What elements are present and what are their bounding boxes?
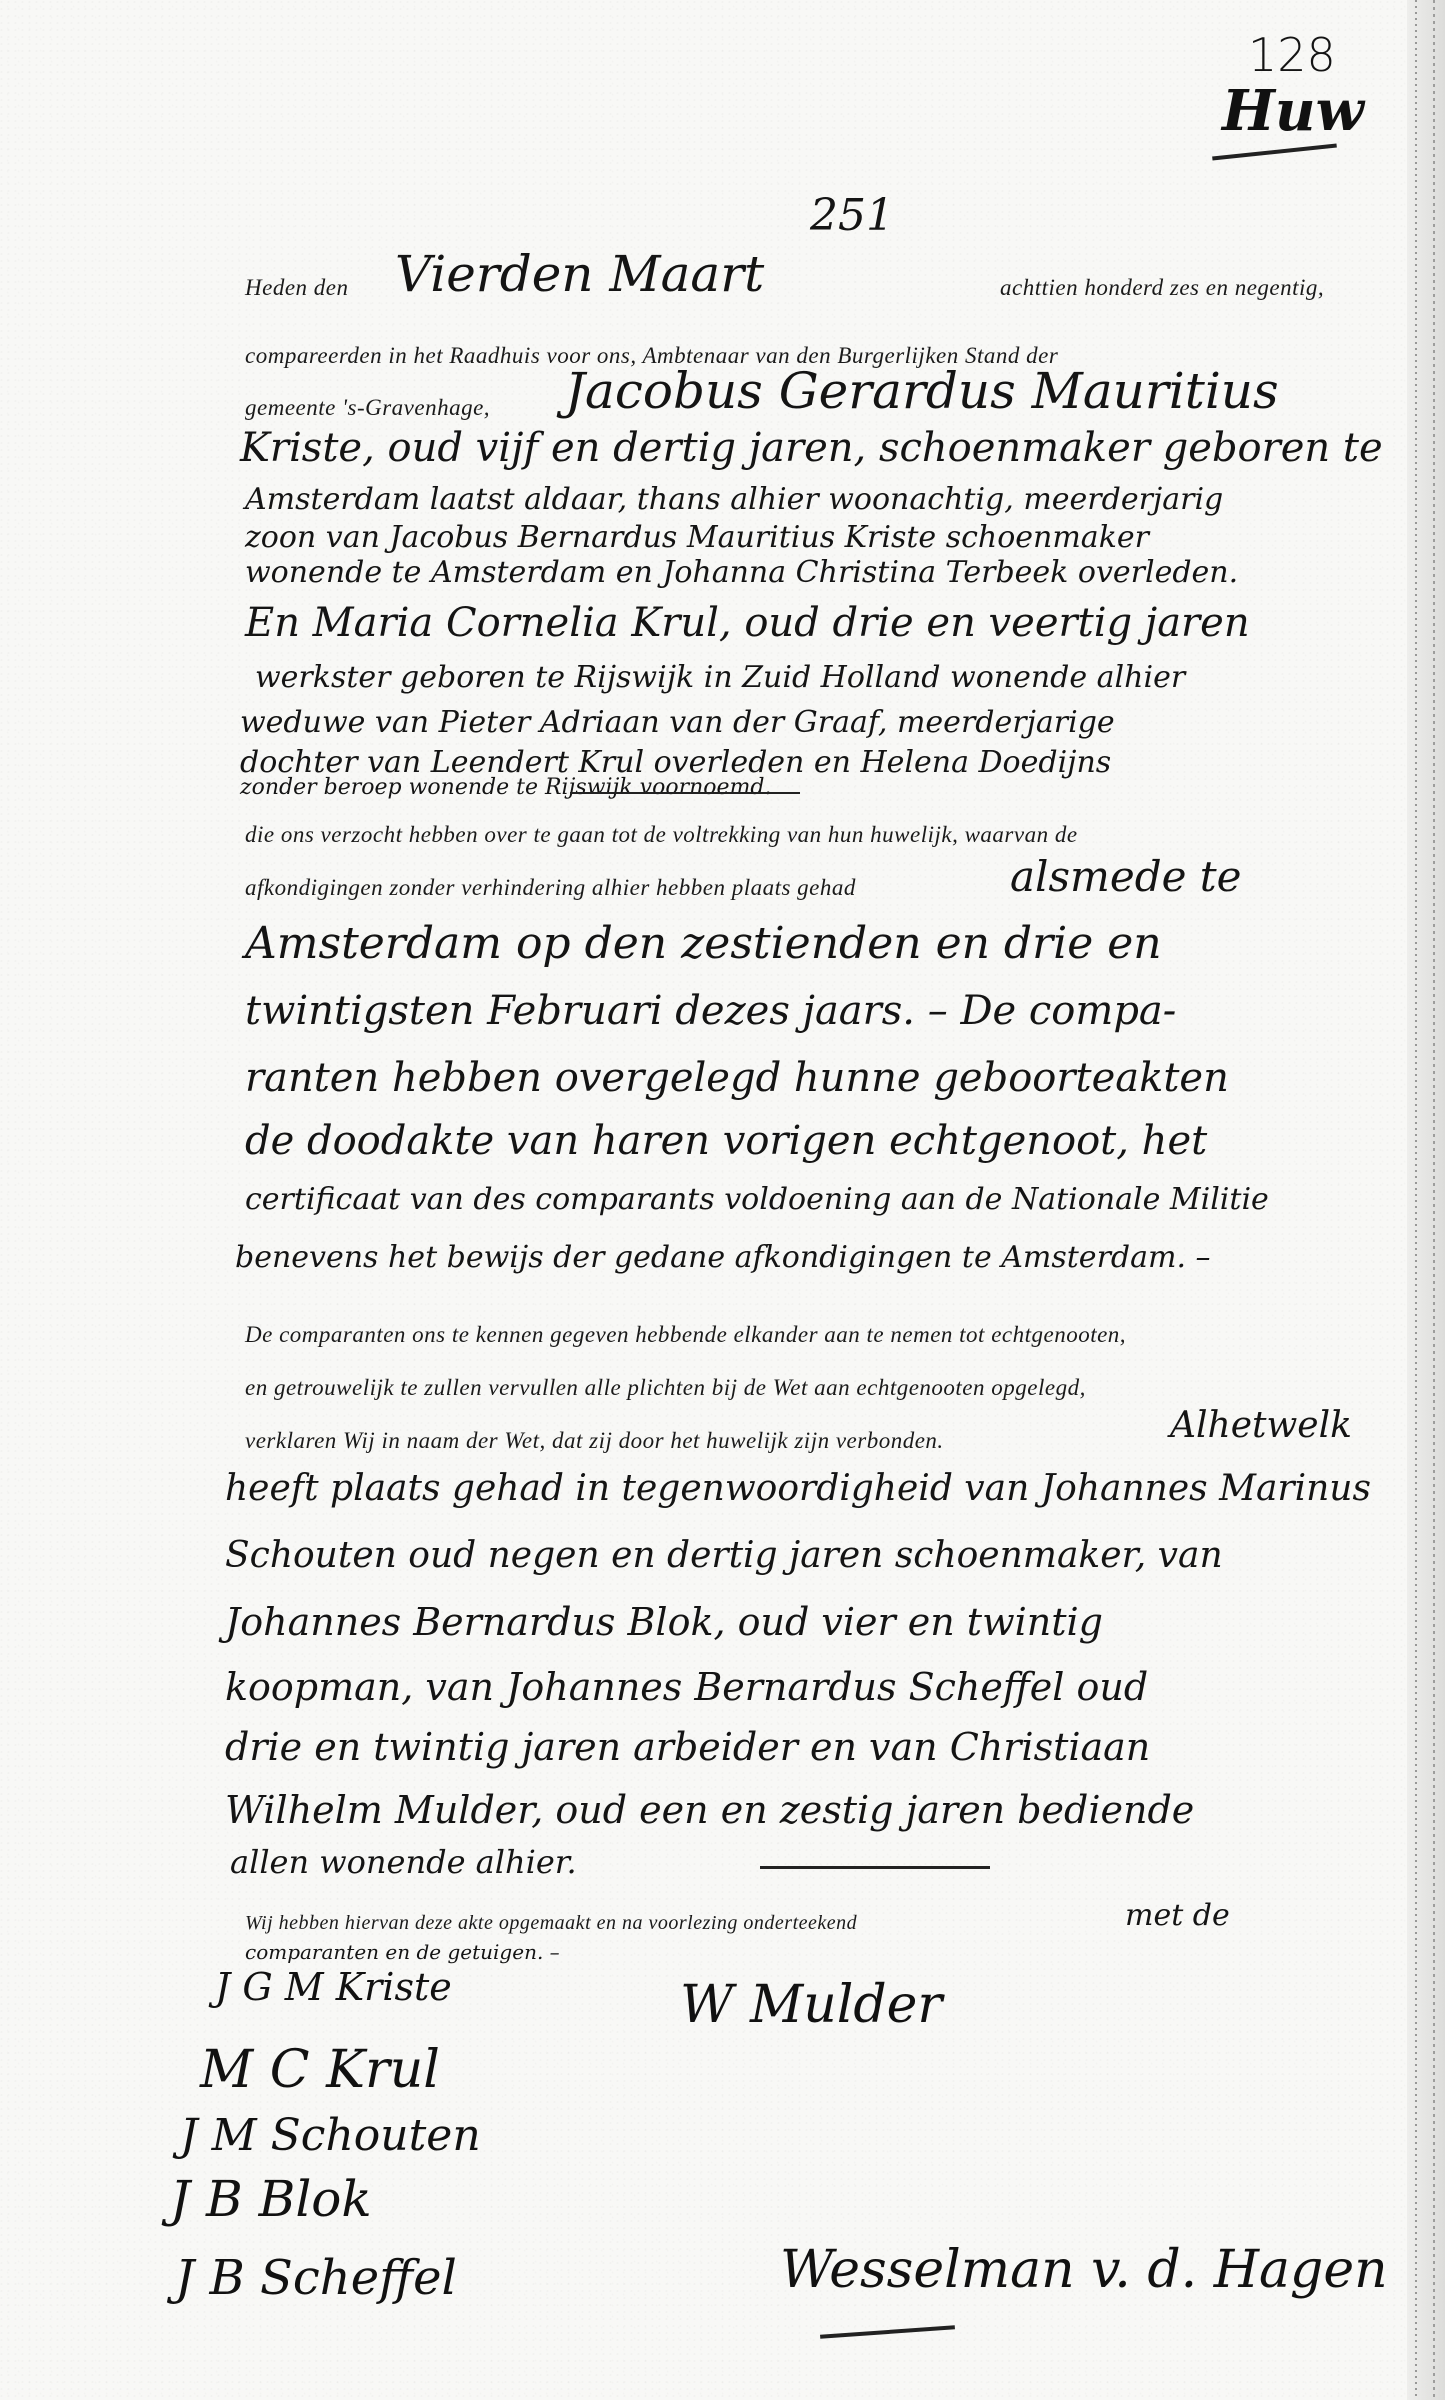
signature-bride: M C Krul [200,2040,440,2100]
page-binding-edge [1407,0,1445,2400]
bride-name-line: En Maria Cornelia Krul, oud drie en veer… [245,600,1250,646]
handwritten-line: Schouten oud negen en dertig jaren schoe… [225,1535,1223,1576]
printed-text: Heden den [245,275,349,301]
handwritten-line: wonende te Amsterdam en Johanna Christin… [245,555,1238,590]
handwritten-text: Alhetwelk [1170,1405,1352,1446]
handwritten-line: zonder beroep wonende te Rijswijk voorno… [240,775,772,800]
handwritten-line: koopman, van Johannes Bernardus Scheffel… [225,1665,1148,1709]
signature-witness-scheffel: J B Scheffel [175,2250,457,2306]
registrar-flourish [820,2325,955,2338]
signature-witness-blok: J B Blok [170,2170,372,2228]
handwritten-date: Vierden Maart [395,245,764,303]
document-page: 128 Huw 251 Heden den Vierden Maart acht… [0,0,1445,2400]
handwritten-line: drie en twintig jaren arbeider en van Ch… [225,1725,1150,1769]
fill-line [570,792,800,794]
printed-text: Wij hebben hiervan deze akte opgemaakt e… [245,1912,857,1935]
printed-text: verklaren Wij in naam der Wet, dat zij d… [245,1428,944,1454]
register-mark: Huw [1222,78,1364,144]
handwritten-line: heeft plaats gehad in tegenwoordigheid v… [225,1468,1371,1509]
signature-registrar: Wesselman v. d. Hagen [780,2240,1388,2300]
signature-witness-mulder: W Mulder [680,1975,942,2035]
handwritten-line: allen wonende alhier. [230,1843,577,1881]
handwritten-text: met de [1125,1898,1230,1933]
signature-groom: J G M Kriste [215,1965,452,2009]
handwritten-line: comparanten en de getuigen. – [245,1940,560,1964]
printed-text: die ons verzocht hebben over te gaan tot… [245,822,1078,848]
register-mark-underline [1212,143,1337,160]
act-number: 251 [810,190,894,241]
printed-text: De comparanten ons te kennen gegeven heb… [245,1322,1126,1348]
printed-text: afkondigingen zonder verhindering alhier… [245,875,856,901]
handwritten-line: Kriste, oud vijf en dertig jaren, schoen… [240,425,1383,471]
signature-witness-schouten: J M Schouten [180,2110,481,2161]
handwritten-line: zoon van Jacobus Bernardus Mauritius Kri… [245,520,1149,555]
page-number: 128 [1248,28,1336,82]
handwritten-line: Amsterdam laatst aldaar, thans alhier wo… [245,482,1223,517]
handwritten-line: Wilhelm Mulder, oud een en zestig jaren … [225,1788,1194,1832]
handwritten-line: werkster geboren te Rijswijk in Zuid Hol… [255,660,1185,695]
printed-text: achttien honderd zes en negentig, [1000,275,1324,301]
printed-text: en getrouwelijk te zullen vervullen alle… [245,1375,1086,1401]
handwritten-line: Johannes Bernardus Blok, oud vier en twi… [225,1600,1103,1644]
handwritten-line: de doodakte van haren vorigen echtgenoot… [245,1118,1207,1164]
handwritten-line: twintigsten Februari dezes jaars. – De c… [245,988,1176,1034]
fill-line [760,1866,990,1869]
handwritten-line: ranten hebben overgelegd hunne geboortea… [245,1055,1229,1101]
handwritten-line: Amsterdam op den zestienden en drie en [245,918,1162,969]
groom-name: Jacobus Gerardus Mauritius [565,362,1279,420]
handwritten-text: alsmede te [1010,852,1242,901]
handwritten-line: certificaat van des comparants voldoenin… [245,1182,1269,1217]
printed-text: gemeente 's-Gravenhage, [245,395,490,421]
handwritten-line: benevens het bewijs der gedane afkondigi… [235,1240,1211,1275]
handwritten-line: weduwe van Pieter Adriaan van der Graaf,… [240,705,1115,740]
